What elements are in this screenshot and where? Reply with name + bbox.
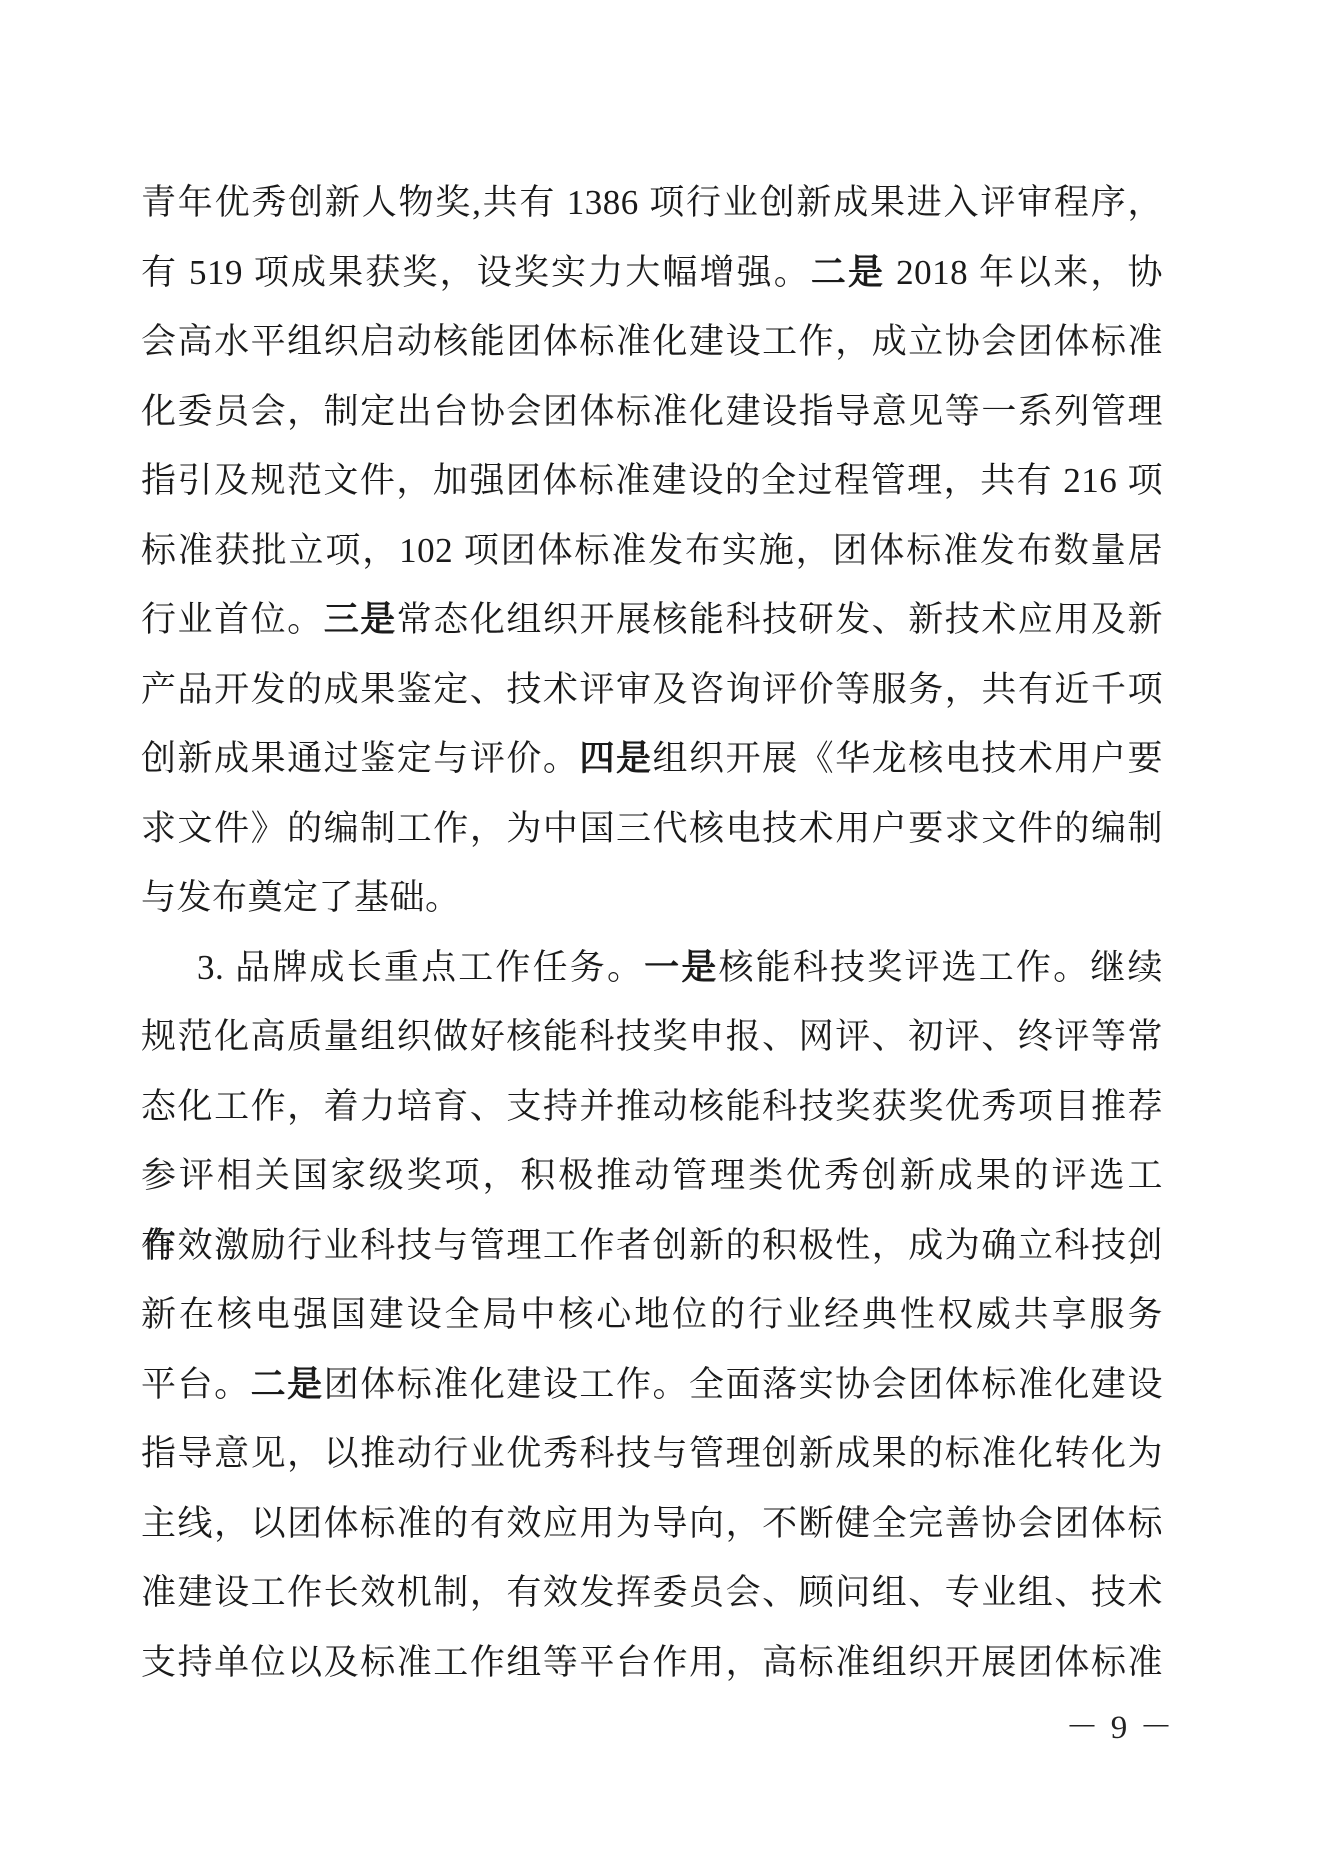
text-line: 青年优秀创新人物奖,共有 1386 项行业创新成果进入评审程序，: [141, 168, 1163, 238]
text-run: 求文件》的编制工作，为中国三代核电技术用户要求文件的编制: [141, 809, 1163, 848]
text-run: 指引及规范文件，加强团体标准建设的全过程管理，共有 216 项: [141, 461, 1163, 500]
text-run: 态化工作，着力培育、支持并推动核能科技奖获奖优秀项目推荐: [141, 1087, 1163, 1126]
text-run: 与发布奠定了基础。: [141, 878, 461, 917]
text-run: 产品开发的成果鉴定、技术评审及咨询评价等服务，共有近千项: [141, 670, 1163, 709]
text-run: 行业首位。: [141, 600, 324, 639]
bold-run: 二是: [251, 1365, 324, 1404]
text-line: 3. 品牌成长重点工作任务。一是核能科技奖评选工作。继续: [141, 933, 1163, 1003]
text-line: 支持单位以及标准工作组等平台作用，高标准组织开展团体标准: [141, 1628, 1163, 1698]
text-run: 标准获批立项，102 项团体标准发布实施，团体标准发布数量居: [141, 531, 1163, 570]
text-run: 平台。: [141, 1365, 251, 1404]
text-line: 主线，以团体标准的有效应用为导向，不断健全完善协会团体标: [141, 1489, 1163, 1559]
text-line: 准建设工作长效机制，有效发挥委员会、顾问组、专业组、技术: [141, 1558, 1163, 1628]
text-run: 核能科技奖评选工作。继续: [719, 948, 1163, 987]
text-run: 3. 品牌成长重点工作任务。: [197, 948, 644, 987]
text-line: 规范化高质量组织做好核能科技奖申报、网评、初评、终评等常: [141, 1002, 1163, 1072]
text-line: 态化工作，着力培育、支持并推动核能科技奖获奖优秀项目推荐: [141, 1072, 1163, 1142]
text-line: 化委员会，制定出台协会团体标准化建设指导意见等一系列管理: [141, 377, 1163, 447]
text-run: 创新成果通过鉴定与评价。: [141, 739, 579, 778]
text-line: 求文件》的编制工作，为中国三代核电技术用户要求文件的编制: [141, 794, 1163, 864]
text-run: 青年优秀创新人物奖,共有 1386 项行业创新成果进入评审程序，: [141, 183, 1163, 222]
text-run: 有 519 项成果获奖，设奖实力大幅增强。: [141, 253, 811, 292]
text-line: 会高水平组织启动核能团体标准化建设工作，成立协会团体标准: [141, 307, 1163, 377]
text-line: 参评相关国家级奖项，积极推动管理类优秀创新成果的评选工作，: [141, 1141, 1163, 1211]
bold-run: 四是: [579, 739, 652, 778]
page-number: － 9 －: [1060, 1703, 1180, 1753]
text-line: 与发布奠定了基础。: [141, 863, 1163, 933]
bold-run: 一是: [644, 948, 718, 987]
text-run: 支持单位以及标准工作组等平台作用，高标准组织开展团体标准: [141, 1643, 1163, 1682]
text-run: 指导意见，以推动行业优秀科技与管理创新成果的标准化转化为: [141, 1434, 1163, 1473]
text-line: 指导意见，以推动行业优秀科技与管理创新成果的标准化转化为: [141, 1419, 1163, 1489]
bold-run: 二是: [811, 253, 885, 292]
text-line: 行业首位。三是常态化组织开展核能科技研发、新技术应用及新: [141, 585, 1163, 655]
text-line: 平台。二是团体标准化建设工作。全面落实协会团体标准化建设: [141, 1350, 1163, 1420]
text-run: 化委员会，制定出台协会团体标准化建设指导意见等一系列管理: [141, 392, 1163, 431]
text-run: 规范化高质量组织做好核能科技奖申报、网评、初评、终评等常: [141, 1017, 1163, 1056]
bold-run: 三是: [324, 600, 397, 639]
text-line: 指引及规范文件，加强团体标准建设的全过程管理，共有 216 项: [141, 446, 1163, 516]
text-run: 有效激励行业科技与管理工作者创新的积极性，成为确立科技创: [141, 1226, 1163, 1265]
text-line: 有 519 项成果获奖，设奖实力大幅增强。二是 2018 年以来，协: [141, 238, 1163, 308]
text-run: 主线，以团体标准的有效应用为导向，不断健全完善协会团体标: [141, 1504, 1163, 1543]
text-line: 有效激励行业科技与管理工作者创新的积极性，成为确立科技创: [141, 1211, 1163, 1281]
text-line: 创新成果通过鉴定与评价。四是组织开展《华龙核电技术用户要: [141, 724, 1163, 794]
text-line: 产品开发的成果鉴定、技术评审及咨询评价等服务，共有近千项: [141, 655, 1163, 725]
text-run: 组织开展《华龙核电技术用户要: [653, 739, 1163, 778]
text-run: 团体标准化建设工作。全面落实协会团体标准化建设: [324, 1365, 1163, 1404]
text-line: 标准获批立项，102 项团体标准发布实施，团体标准发布数量居: [141, 516, 1163, 586]
text-run: 准建设工作长效机制，有效发挥委员会、顾问组、专业组、技术: [141, 1573, 1163, 1612]
text-run: 2018 年以来，协: [885, 253, 1163, 292]
document-page: 青年优秀创新人物奖,共有 1386 项行业创新成果进入评审程序，有 519 项成…: [0, 0, 1323, 1871]
text-run: 会高水平组织启动核能团体标准化建设工作，成立协会团体标准: [141, 322, 1163, 361]
text-block: 青年优秀创新人物奖,共有 1386 项行业创新成果进入评审程序，有 519 项成…: [141, 168, 1163, 1697]
text-line: 新在核电强国建设全局中核心地位的行业经典性权威共享服务: [141, 1280, 1163, 1350]
text-run: 新在核电强国建设全局中核心地位的行业经典性权威共享服务: [141, 1295, 1163, 1334]
text-run: 常态化组织开展核能科技研发、新技术应用及新: [397, 600, 1163, 639]
